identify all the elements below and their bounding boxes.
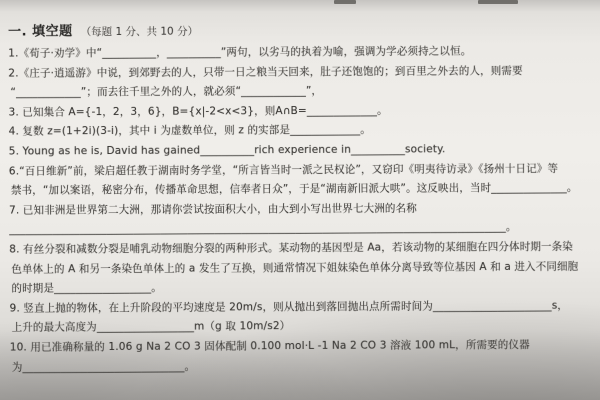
question-7: 7. 已知非洲是世界第二大洲，那请你尝试按面积大小，由大到小写出世界七大洲的名称… — [9, 198, 592, 240]
question-2: 2.《庄子·逍遥游》中说，到郊野去的人，只带一日之粮当天回来，肚子还饱饱的；到百… — [8, 61, 591, 103]
question-8-line-2: 色单体上的 A 和另一条染色单体上的 a 发生了互换，则通常情况下姐妹染色单体分… — [9, 257, 592, 280]
question-6: 6.“百日维新”前，梁启超任教于湖南时务学堂，“所言皆当时一派之民权论”，又窃印… — [9, 159, 592, 201]
question-8-line-1: 8. 有丝分裂和减数分裂是哺乳动物细胞分裂的两种形式。某动物的基因型是 Aa，若… — [9, 237, 592, 260]
question-9: 9. 竖直上抛的物体，在上升阶段的平均速度是 20m/s，则从抛出到落回抛出点所… — [10, 296, 593, 338]
exam-sheet: 一. 填空题 （每题 1 分、共 10 分） 1.《荀子·劝学》中“______… — [0, 0, 600, 400]
section-title: 一. 填空题 — [8, 24, 73, 39]
question-10: 10. 用已准确称量的 1.06 g Na 2 CO 3 固体配制 0.100 … — [10, 335, 593, 377]
question-2-line-1: 2.《庄子·逍遥游》中说，到郊野去的人，只带一日之粮当天回来，肚子还饱饱的；到百… — [8, 61, 591, 84]
section-heading: 一. 填空题 （每题 1 分、共 10 分） — [8, 16, 591, 43]
question-10-line-2: 为______________________________。 — [10, 355, 593, 378]
question-9-line-1: 9. 竖直上抛的物体，在上升阶段的平均速度是 20m/s，则从抛出到落回抛出点所… — [10, 296, 593, 319]
section-note: （每题 1 分、共 10 分） — [81, 26, 198, 39]
question-6-line-2: 禁书，“加以案语，秘密分布，传播革命思想，信奉者日众”，于是“湖南新旧派大哄”。… — [9, 179, 592, 202]
question-8: 8. 有丝分裂和减数分裂是哺乳动物细胞分裂的两种形式。某动物的基因型是 Aa，若… — [9, 237, 592, 299]
question-10-line-1: 10. 用已准确称量的 1.06 g Na 2 CO 3 固体配制 0.100 … — [10, 335, 593, 358]
